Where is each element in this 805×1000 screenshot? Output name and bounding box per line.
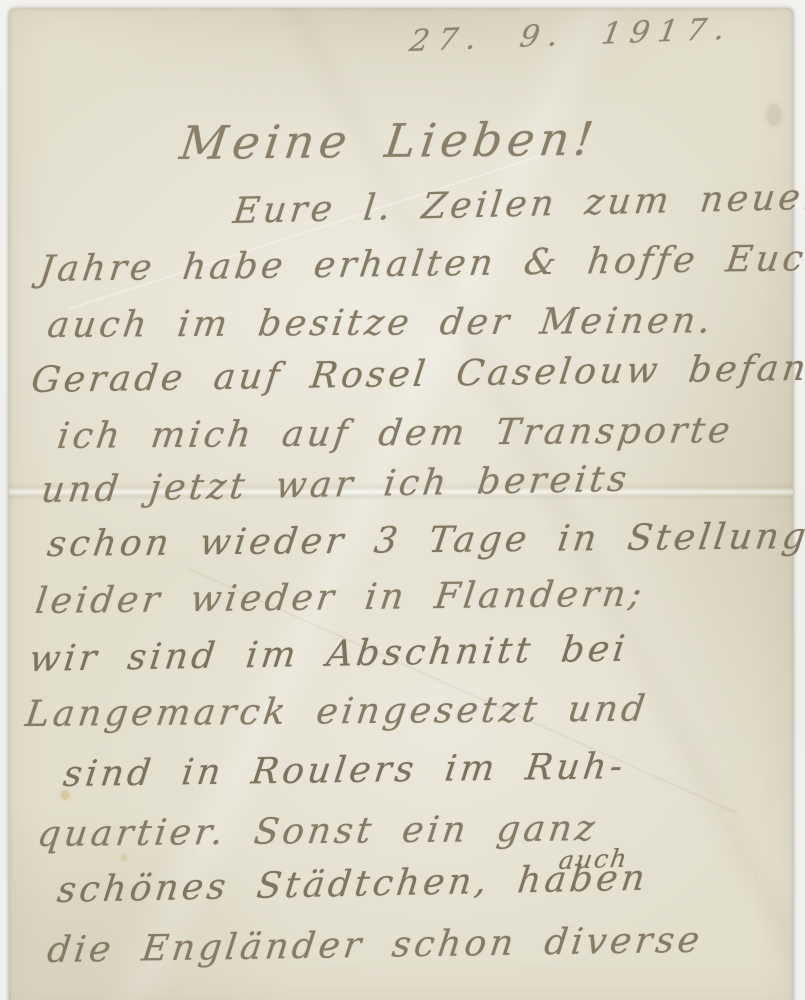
letter-line: Gerade auf Rosel Caselouw befand bbox=[29, 347, 805, 401]
scan-background: 27. 9. 1917. Meine Lieben! Eure l. Zeile… bbox=[0, 0, 805, 1000]
letter-line: ich mich auf dem Transporte bbox=[55, 410, 736, 457]
letter-line: wir sind im Abschnitt bei bbox=[27, 629, 630, 680]
letter-paper: 27. 9. 1917. Meine Lieben! Eure l. Zeile… bbox=[9, 8, 793, 1000]
inserted-word: auch bbox=[557, 844, 631, 875]
letter-date: 27. 9. 1917. bbox=[407, 12, 737, 59]
letter-line: leider wieder in Flandern; bbox=[33, 574, 647, 622]
letter-line: und jetzt war ich bereits bbox=[39, 459, 632, 511]
letter-line: Langemarck eingesetzt und bbox=[23, 689, 651, 735]
paper-stain bbox=[121, 854, 127, 861]
letter-line: auch im besitze der Meinen. bbox=[45, 300, 716, 346]
paper-stain bbox=[767, 104, 781, 126]
letter-line: Jahre habe erhalten & hoffe Euch bbox=[37, 238, 805, 290]
letter-salutation: Meine Lieben! bbox=[177, 112, 601, 170]
letter-line: quartier. Sonst ein ganz bbox=[35, 808, 600, 855]
letter-line: die Engländer schon diverse bbox=[45, 920, 705, 971]
letter-line: sind in Roulers im Ruh- bbox=[61, 746, 628, 795]
letter-line: Eure l. Zeilen zum neuen bbox=[231, 176, 805, 232]
letter-line: schon wieder 3 Tage in Stellung, bbox=[45, 516, 805, 565]
